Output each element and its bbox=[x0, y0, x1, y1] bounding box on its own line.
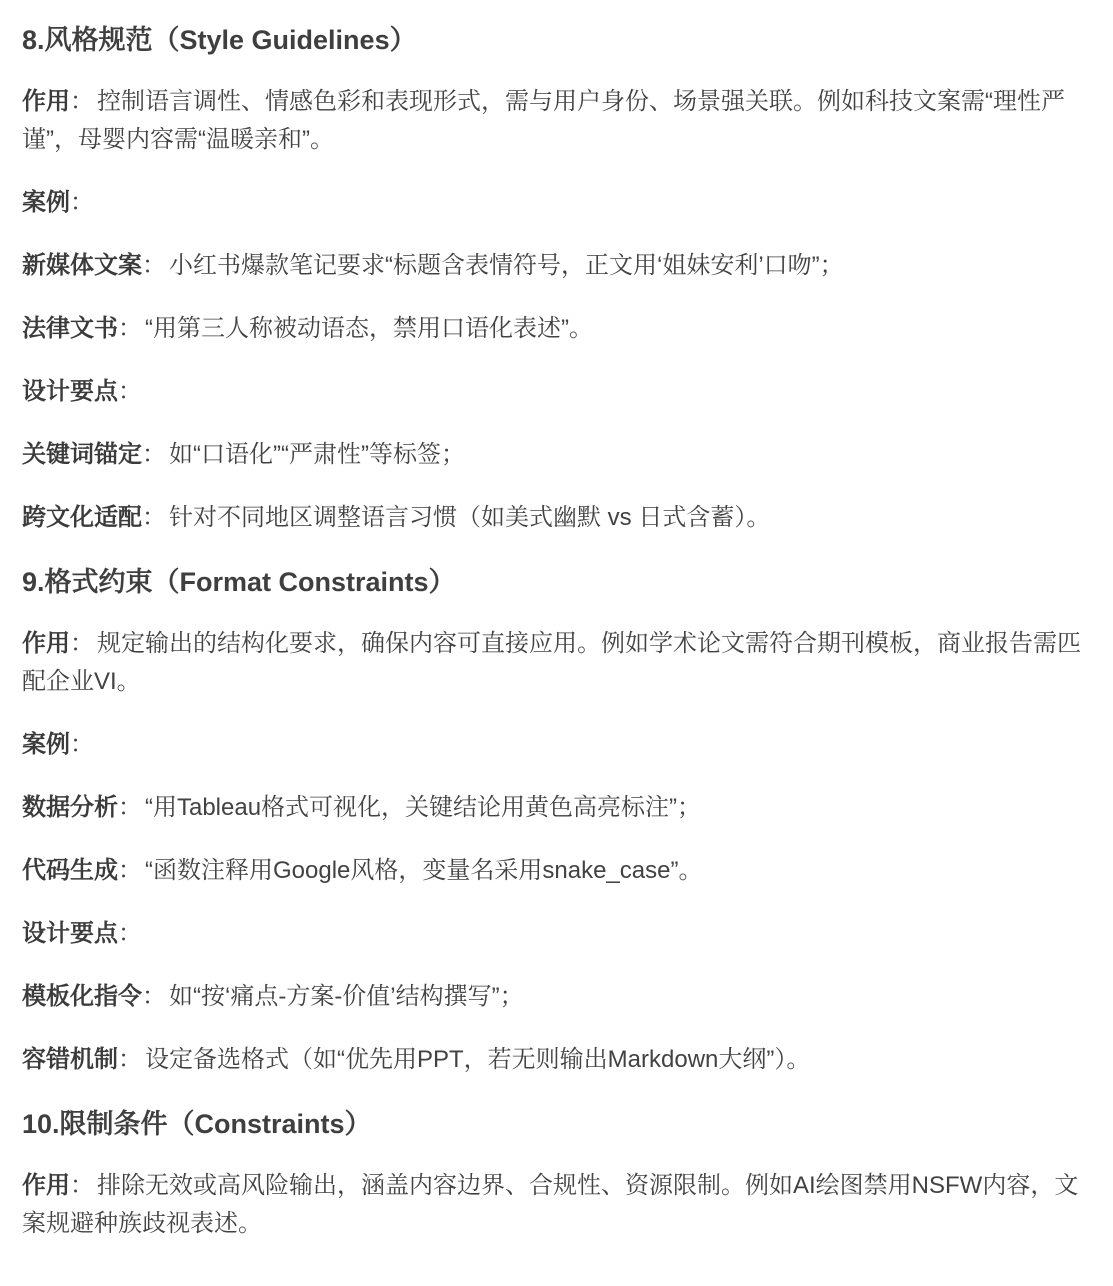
colon-separator: ： bbox=[118, 315, 145, 342]
paragraph-text: 排除无效或高风险输出，涵盖内容边界、合规性、资源限制。例如AI绘图禁用NSFW内… bbox=[22, 1172, 1078, 1237]
paragraph-case-legal: 法律文书：“用第三人称被动语态，禁用口语化表述”。 bbox=[22, 310, 1090, 348]
paragraph-role: 作用：控制语言调性、情感色彩和表现形式，需与用户身份、场景强关联。例如科技文案需… bbox=[22, 83, 1090, 159]
colon-separator: ： bbox=[118, 857, 145, 884]
paragraph-crosscultural: 跨文化适配：针对不同地区调整语言习惯（如美式幽默 vs 日式含蓄）。 bbox=[22, 499, 1090, 537]
paragraph-text: 如“口语化”“严肃性”等标签； bbox=[169, 441, 465, 468]
paragraph-template-instruction: 模板化指令：如“按‘痛点-方案-价值’结构撰写”； bbox=[22, 978, 1090, 1016]
paragraph-text: 控制语言调性、情感色彩和表现形式，需与用户身份、场景强关联。例如科技文案需“理性… bbox=[22, 88, 1065, 153]
paragraph-fault-tolerance: 容错机制：设定备选格式（如“优先用PPT，若无则输出Markdown大纲”）。 bbox=[22, 1041, 1090, 1079]
colon-separator: ： bbox=[70, 1172, 97, 1199]
paragraph-cases-label: 案例： bbox=[22, 726, 1090, 764]
term-label: 跨文化适配 bbox=[22, 504, 142, 531]
paragraph-cases-label: 案例： bbox=[22, 184, 1090, 222]
paragraph-text: “用Tableau格式可视化，关键结论用黄色高亮标注”； bbox=[145, 794, 701, 821]
term-label: 案例 bbox=[22, 189, 70, 216]
section-heading-constraints: 10.限制条件（Constraints） bbox=[22, 1107, 1090, 1141]
colon-separator: ： bbox=[70, 88, 97, 115]
colon-separator: ： bbox=[142, 983, 169, 1010]
paragraph-text: 小红书爆款笔记要求“标题含表情符号，正文用‘姐妹安利’口吻”； bbox=[169, 252, 844, 279]
paragraph-case-newmedia: 新媒体文案：小红书爆款笔记要求“标题含表情符号，正文用‘姐妹安利’口吻”； bbox=[22, 247, 1090, 285]
colon-separator: ： bbox=[70, 189, 97, 216]
term-label: 容错机制 bbox=[22, 1046, 118, 1073]
term-label: 作用 bbox=[22, 88, 70, 115]
colon-separator: ： bbox=[118, 920, 145, 947]
term-label: 数据分析 bbox=[22, 794, 118, 821]
term-label: 设计要点 bbox=[22, 920, 118, 947]
term-label: 新媒体文案 bbox=[22, 252, 142, 279]
paragraph-text: 如“按‘痛点-方案-价值’结构撰写”； bbox=[169, 983, 524, 1010]
term-label: 作用 bbox=[22, 1172, 70, 1199]
colon-separator: ： bbox=[70, 731, 97, 758]
colon-separator: ： bbox=[142, 252, 169, 279]
term-label: 关键词锚定 bbox=[22, 441, 142, 468]
term-label: 设计要点 bbox=[22, 378, 118, 405]
section-heading-format-constraints: 9.格式约束（Format Constraints） bbox=[22, 565, 1090, 599]
paragraph-role: 作用：排除无效或高风险输出，涵盖内容边界、合规性、资源限制。例如AI绘图禁用NS… bbox=[22, 1167, 1090, 1243]
paragraph-keyword-anchor: 关键词锚定：如“口语化”“严肃性”等标签； bbox=[22, 436, 1090, 474]
paragraph-text: “函数注释用Google风格，变量名采用snake_case”。 bbox=[145, 857, 702, 884]
term-label: 模板化指令 bbox=[22, 983, 142, 1010]
paragraph-case-data-analysis: 数据分析：“用Tableau格式可视化，关键结论用黄色高亮标注”； bbox=[22, 789, 1090, 827]
paragraph-text: 规定输出的结构化要求，确保内容可直接应用。例如学术论文需符合期刊模板，商业报告需… bbox=[22, 630, 1081, 695]
term-label: 代码生成 bbox=[22, 857, 118, 884]
colon-separator: ： bbox=[70, 630, 97, 657]
colon-separator: ： bbox=[118, 794, 145, 821]
colon-separator: ： bbox=[118, 1046, 145, 1073]
colon-separator: ： bbox=[142, 441, 169, 468]
paragraph-role: 作用：规定输出的结构化要求，确保内容可直接应用。例如学术论文需符合期刊模板，商业… bbox=[22, 625, 1090, 701]
term-label: 作用 bbox=[22, 630, 70, 657]
document-body: 8.风格规范（Style Guidelines） 作用：控制语言调性、情感色彩和… bbox=[0, 0, 1113, 1286]
term-label: 法律文书 bbox=[22, 315, 118, 342]
term-label: 案例 bbox=[22, 731, 70, 758]
paragraph-case-codegen: 代码生成：“函数注释用Google风格，变量名采用snake_case”。 bbox=[22, 852, 1090, 890]
paragraph-text: 设定备选格式（如“优先用PPT，若无则输出Markdown大纲”）。 bbox=[145, 1046, 810, 1073]
section-heading-style-guidelines: 8.风格规范（Style Guidelines） bbox=[22, 23, 1090, 57]
colon-separator: ： bbox=[118, 378, 145, 405]
paragraph-text: 针对不同地区调整语言习惯（如美式幽默 vs 日式含蓄）。 bbox=[169, 504, 770, 531]
paragraph-design-points-label: 设计要点： bbox=[22, 915, 1090, 953]
colon-separator: ： bbox=[142, 504, 169, 531]
paragraph-design-points-label: 设计要点： bbox=[22, 373, 1090, 411]
paragraph-text: “用第三人称被动语态，禁用口语化表述”。 bbox=[145, 315, 593, 342]
